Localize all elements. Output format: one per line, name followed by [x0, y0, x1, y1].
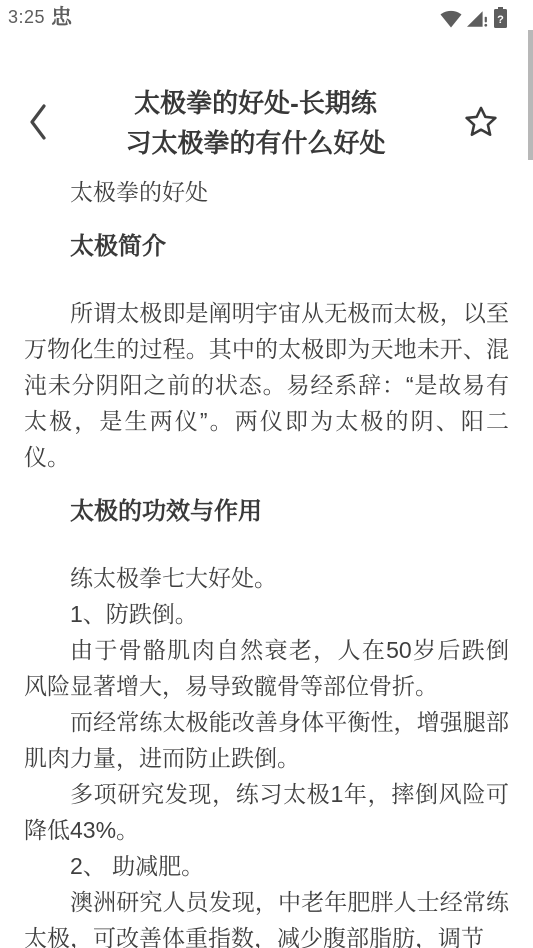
status-bar-left: 3:25 忠: [8, 7, 72, 28]
article-content[interactable]: 太极拳的好处 太极简介 所谓太极即是阐明宇宙从无极而太极，以至万物化生的过程。其…: [0, 163, 533, 948]
clock: 3:25: [8, 7, 45, 28]
article-paragraph: 练太极拳七大好处。: [24, 560, 509, 596]
article-paragraph: 而经常练太极能改善身体平衡性，增强腿部肌肉力量，进而防止跌倒。: [24, 704, 509, 776]
article-paragraph: 2、 助减肥。: [24, 848, 509, 884]
cell-signal-alert-icon: [467, 10, 489, 28]
star-outline-icon: [463, 104, 499, 143]
battery-unknown-icon: ?: [494, 7, 507, 28]
article-paragraph: 1、防跌倒。: [24, 596, 509, 632]
status-bar: 3:25 忠 ?: [0, 0, 533, 35]
chevron-left-icon: [28, 103, 48, 144]
article-intro: 太极拳的好处: [24, 174, 509, 210]
section-heading-intro: 太极简介: [24, 229, 509, 265]
notification-glyph-icon: 忠: [51, 7, 72, 28]
article-paragraph: 多项研究发现，练习太极1年，摔倒风险可降低43%。: [24, 776, 509, 848]
article-paragraph: 澳洲研究人员发现，中老年肥胖人士经常练太极，可改善体重指数，减少腹部脂肪，调节: [24, 884, 509, 948]
article-paragraph: 由于骨骼肌肉自然衰老，人在50岁后跌倒风险显著增大，易导致髋骨等部位骨折。: [24, 632, 509, 704]
reader-screen: 3:25 忠 ?: [0, 0, 533, 948]
favorite-star-button[interactable]: [463, 104, 499, 143]
app-bar: 太极拳的好处-长期练习太极拳的有什么好处: [0, 83, 533, 163]
page-title: 太极拳的好处-长期练习太极拳的有什么好处: [124, 83, 387, 163]
scrollbar-thumb[interactable]: [528, 30, 533, 160]
wifi-icon: [440, 10, 462, 28]
article-paragraph: 所谓太极即是阐明宇宙从无极而太极，以至万物化生的过程。其中的太极即为天地未开、混…: [24, 295, 509, 475]
svg-text:?: ?: [497, 14, 504, 26]
back-button[interactable]: [28, 103, 48, 144]
status-bar-right: ?: [440, 7, 507, 28]
section-heading-effects: 太极的功效与作用: [24, 494, 509, 530]
